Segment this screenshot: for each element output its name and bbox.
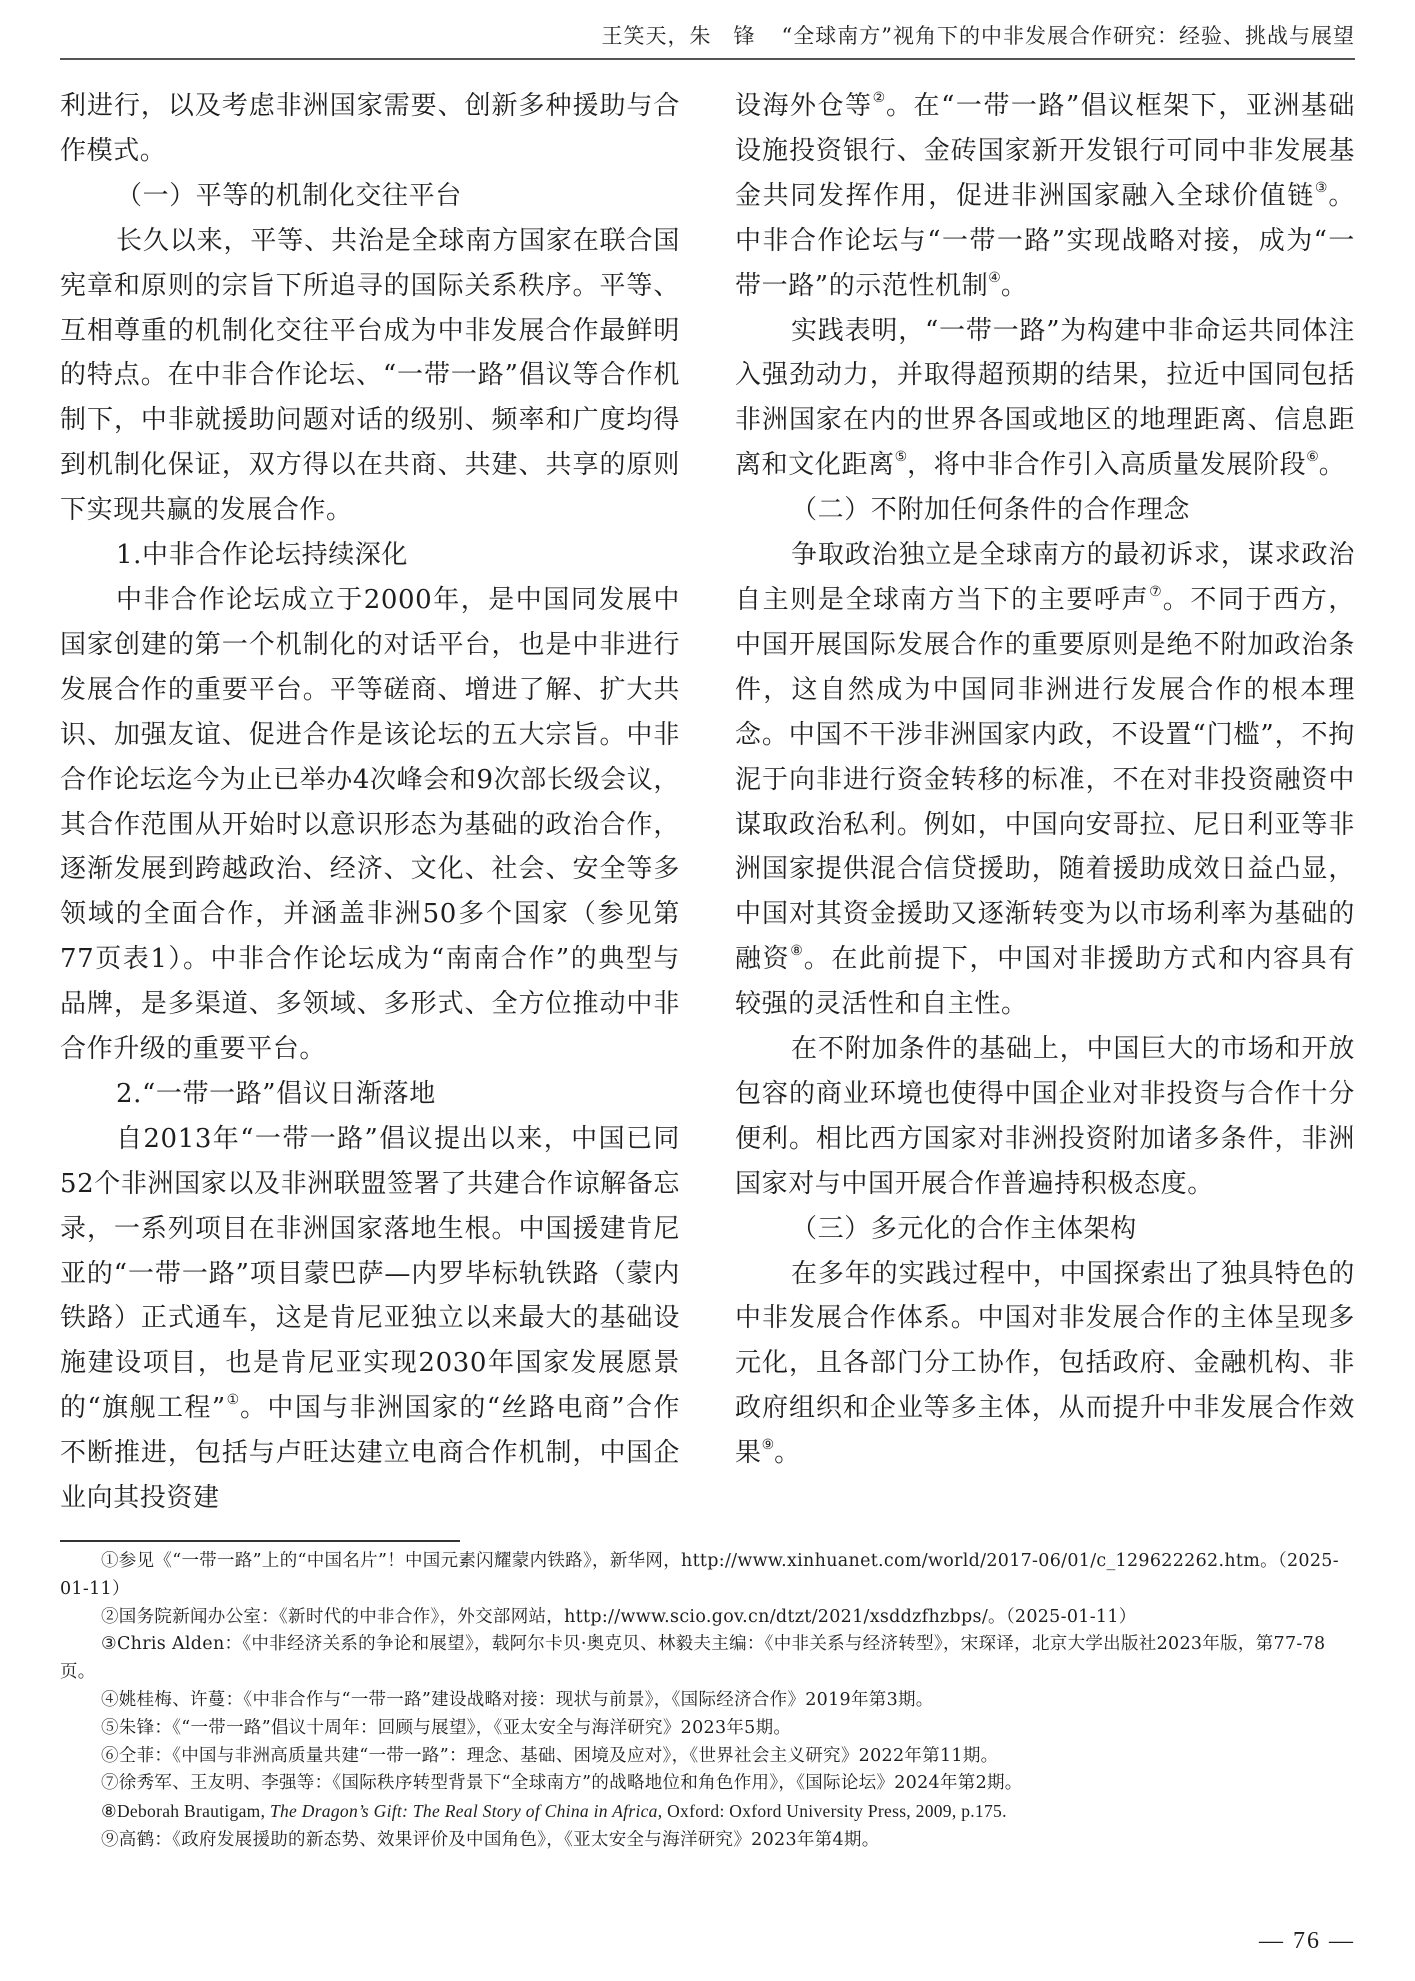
footnote-3: ③Chris Alden：《中非经济关系的争论和展望》，载阿尔卡贝·奥克贝、林毅…: [60, 1631, 1360, 1687]
header-article-title: “全球南方”视角下的中非发展合作研究：经验、挑战与展望: [782, 24, 1355, 48]
text-run: 自2013年“一带一路”倡议提出以来，中国已同52个非洲国家以及非洲联盟签署了共…: [60, 1124, 680, 1423]
footnote-marker[interactable]: ⑨: [762, 1437, 775, 1453]
footnote-2: ②国务院新闻办公室：《新时代的中非合作》，外交部网站，http://www.sc…: [60, 1604, 1360, 1632]
footnote-4: ④姚桂梅、许蔓：《中非合作与“一带一路”建设战略对接：现状与前景》，《国际经济合…: [60, 1687, 1360, 1715]
text-run: 设海外仓等: [735, 91, 873, 121]
text-run: 。不同于西方，中国开展国际发展合作的重要原则是绝不附加政治条件，这自然成为中国同…: [735, 585, 1355, 974]
subsection-heading: 2.“一带一路”倡议日渐落地: [60, 1072, 680, 1117]
left-column: 利进行，以及考虑非洲国家需要、创新多种援助与合作模式。 （一）平等的机制化交往平…: [60, 84, 680, 1521]
footnote-separator: [60, 1540, 460, 1542]
section-heading: （三）多元化的合作主体架构: [735, 1207, 1355, 1252]
text-run: 。: [1319, 450, 1346, 480]
footnote-7: ⑦徐秀军、王友明、李强等：《国际秩序转型背景下“全球南方”的战略地位和角色作用》…: [60, 1770, 1360, 1798]
footnote-8-prefix: ⑧Deborah Brautigam,: [101, 1801, 270, 1821]
footnote-marker[interactable]: ②: [873, 90, 886, 106]
text-run: ，将中非合作引入高质量发展阶段: [907, 450, 1306, 480]
footnote-8-book-title: The Dragon’s Gift: The Real Story of Chi…: [270, 1801, 658, 1821]
text-run: 。: [1001, 271, 1028, 301]
paragraph: 长久以来，平等、共治是全球南方国家在联合国宪章和原则的宗旨下所追寻的国际关系秩序…: [60, 219, 680, 533]
text-run: 。: [774, 1438, 801, 1468]
paragraph: 中非合作论坛成立于2000年，是中国同发展中国家创建的第一个机制化的对话平台，也…: [60, 578, 680, 1072]
text-run: 在多年的实践过程中，中国探索出了独具特色的中非发展合作体系。中国对非发展合作的主…: [735, 1259, 1355, 1469]
paragraph: 在多年的实践过程中，中国探索出了独具特色的中非发展合作体系。中国对非发展合作的主…: [735, 1252, 1355, 1477]
paragraph: 争取政治独立是全球南方的最初诉求，谋求政治自主则是全球南方当下的主要呼声⑦。不同…: [735, 533, 1355, 1027]
page-number: — 76 —: [1259, 1928, 1355, 1955]
right-column: 设海外仓等②。在“一带一路”倡议框架下，亚洲基础设施投资银行、金砖国家新开发银行…: [735, 84, 1355, 1476]
footnote-marker[interactable]: ⑧: [790, 943, 804, 959]
text-run: 。在此前提下，中国对非援助方式和内容具有较强的灵活性和自主性。: [735, 944, 1355, 1019]
footnote-marker[interactable]: ③: [1315, 180, 1329, 196]
footnotes: ①参见《“一带一路”上的“中国名片”！中国元素闪耀蒙内铁路》，新华网，http:…: [60, 1548, 1360, 1855]
footnote-9: ⑨高鹤：《政府发展援助的新态势、效果评价及中国角色》，《亚太安全与海洋研究》20…: [60, 1827, 1360, 1855]
paragraph: 实践表明，“一带一路”为构建中非命运共同体注入强劲动力，并取得超预期的结果，拉近…: [735, 309, 1355, 489]
footnote-marker[interactable]: ⑦: [1149, 584, 1163, 600]
section-heading: （一）平等的机制化交往平台: [60, 174, 680, 219]
header-authors: 王笑天，朱 锋: [602, 24, 756, 48]
footnote-8: ⑧Deborah Brautigam, The Dragon’s Gift: T…: [60, 1798, 1360, 1827]
subsection-heading: 1.中非合作论坛持续深化: [60, 533, 680, 578]
paragraph: 自2013年“一带一路”倡议提出以来，中国已同52个非洲国家以及非洲联盟签署了共…: [60, 1117, 680, 1521]
footnote-marker[interactable]: ⑤: [895, 449, 908, 465]
header-rule: [60, 58, 1355, 60]
footnote-8-suffix: , Oxford: Oxford University Press, 2009,…: [658, 1801, 1007, 1821]
section-heading: （二）不附加任何条件的合作理念: [735, 488, 1355, 533]
footnote-6: ⑥仝菲：《中国与非洲高质量共建“一带一路”：理念、基础、困境及应对》，《世界社会…: [60, 1743, 1360, 1771]
footnote-marker[interactable]: ④: [988, 270, 1001, 286]
paragraph: 在不附加条件的基础上，中国巨大的市场和开放包容的商业环境也使得中国企业对非投资与…: [735, 1027, 1355, 1207]
footnote-marker[interactable]: ①: [226, 1392, 240, 1408]
footnote-1: ①参见《“一带一路”上的“中国名片”！中国元素闪耀蒙内铁路》，新华网，http:…: [60, 1548, 1360, 1604]
footnote-marker[interactable]: ⑥: [1306, 449, 1319, 465]
paragraph: 设海外仓等②。在“一带一路”倡议框架下，亚洲基础设施投资银行、金砖国家新开发银行…: [735, 84, 1355, 309]
paragraph: 利进行，以及考虑非洲国家需要、创新多种援助与合作模式。: [60, 84, 680, 174]
running-header-title: 王笑天，朱 锋“全球南方”视角下的中非发展合作研究：经验、挑战与展望: [602, 20, 1355, 50]
running-header: 王笑天，朱 锋“全球南方”视角下的中非发展合作研究：经验、挑战与展望: [60, 0, 1355, 56]
footnote-5: ⑤朱锋：《“一带一路”倡议十周年：回顾与展望》，《亚太安全与海洋研究》2023年…: [60, 1715, 1360, 1743]
